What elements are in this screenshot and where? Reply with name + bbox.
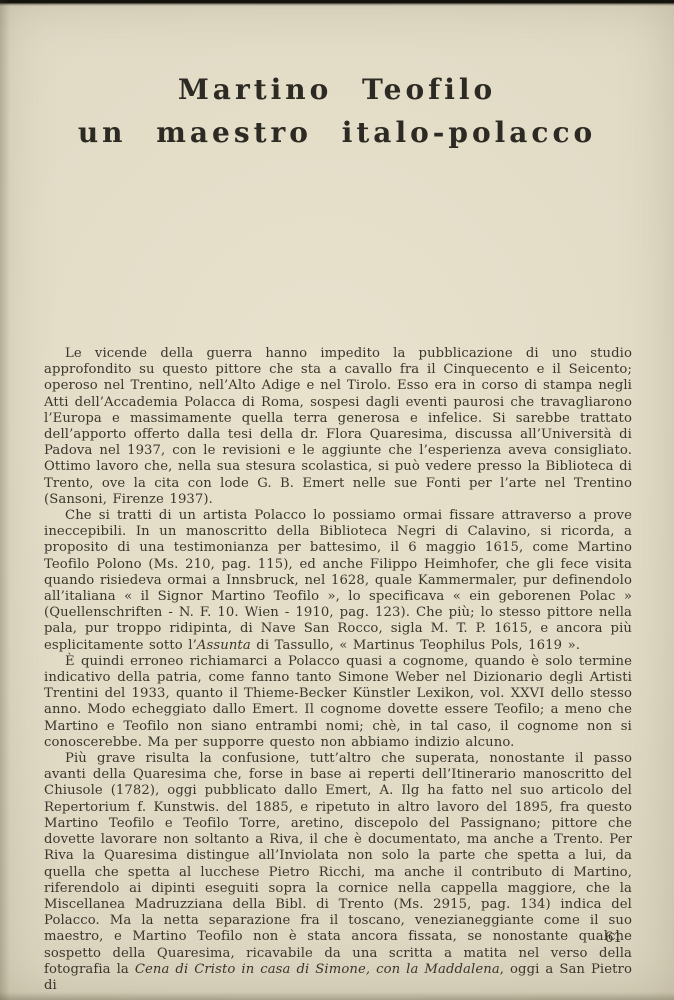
text-segment: È quindi erroneo richiamarci a Polacco q… [44,654,632,750]
text-segment: Più grave risulta la confusione, tutt’al… [44,751,632,977]
text-segment: di Tassullo, « Martinus Teophilus Pols, … [251,638,580,653]
italic-work-title: Assunta [197,638,251,653]
page-title: Martino Teofilo un maestro italo-polacco [0,68,674,154]
paragraph: Le vicende della guerra hanno impedito l… [44,346,632,508]
page-number: 61 [605,930,622,946]
text-segment: Le vicende della guerra hanno impedito l… [44,346,632,507]
text-segment: Che si tratti di un artista Polacco lo p… [44,508,632,653]
paragraph: È quindi erroneo richiamarci a Polacco q… [44,654,632,751]
scanned-book-page: Martino Teofilo un maestro italo-polacco… [0,0,674,1000]
title-line-1: Martino Teofilo [0,68,674,111]
title-line-2: un maestro italo-polacco [0,111,674,154]
body-text: Le vicende della guerra hanno impedito l… [44,346,632,994]
scan-top-edge [0,0,674,6]
paragraph: Più grave risulta la confusione, tutt’al… [44,751,632,994]
italic-work-title: Cena di Cristo in casa di Simone, con la… [135,962,500,977]
paragraph: Che si tratti di un artista Polacco lo p… [44,508,632,654]
